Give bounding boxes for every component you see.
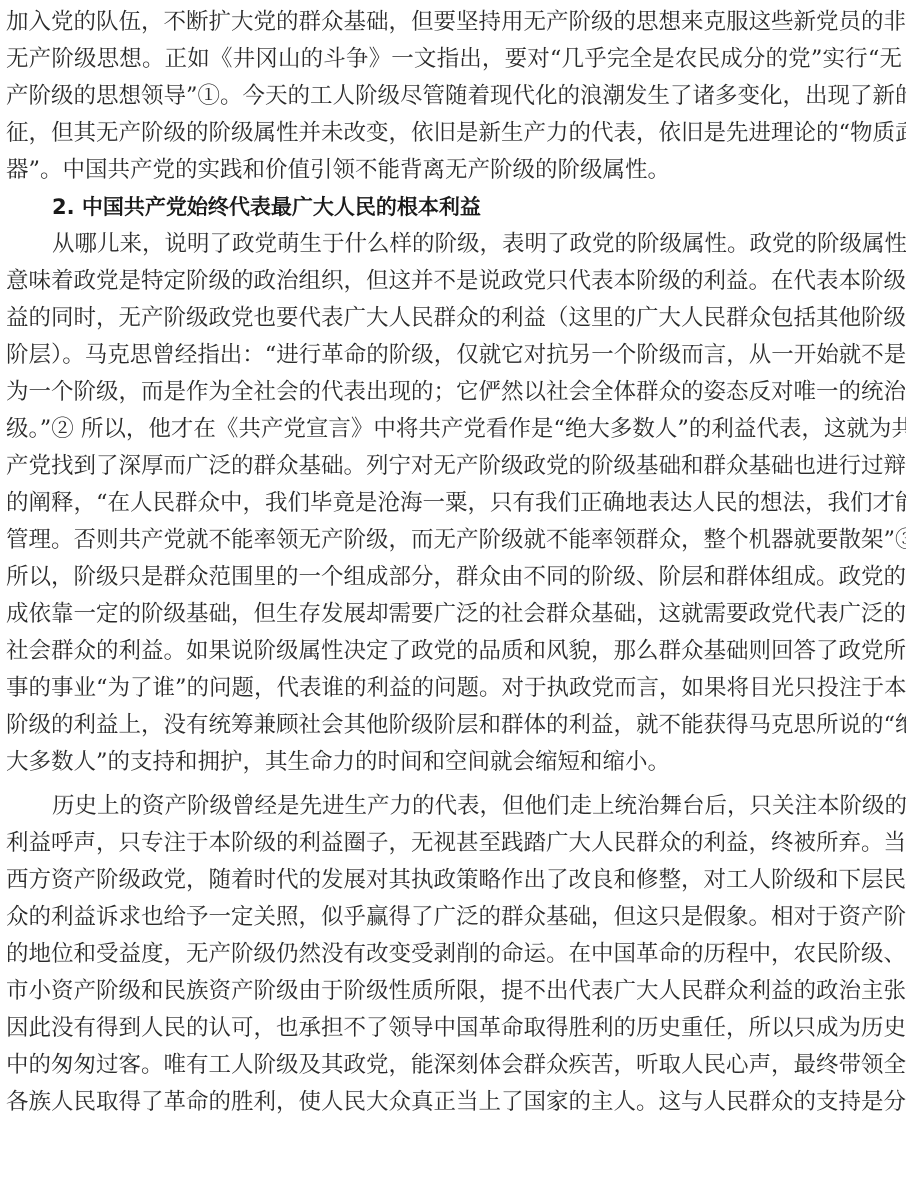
text-line: 市小资产阶级和民族资产阶级由于阶级性质所限，提不出代表广大人民群众利益的政治主张… bbox=[6, 973, 902, 1010]
text-line: 产党找到了深厚而广泛的群众基础。列宁对无产阶级政党的阶级基础和群众基础也进行过辩… bbox=[6, 448, 902, 485]
text-line: 从哪儿来，说明了政党萌生于什么样的阶级，表明了政党的阶级属性。政党的阶级属性 bbox=[52, 226, 902, 263]
section-heading: 2. 中国共产党始终代表最广大人民的根本利益 bbox=[52, 189, 481, 226]
text-line: 成依靠一定的阶级基础，但生存发展却需要广泛的社会群众基础，这就需要政党代表广泛的 bbox=[6, 596, 902, 633]
text-line: 社会群众的利益。如果说阶级属性决定了政党的品质和风貌，那么群众基础则回答了政党所… bbox=[6, 633, 902, 670]
text-line: 阶层）。马克思曾经指出：“进行革命的阶级，仅就它对抗另一个阶级而言，从一开始就不… bbox=[6, 337, 902, 374]
text-line: 级。”② 所以，他才在《共产党宣言》中将共产党看作是“绝大多数人”的利益代表，这… bbox=[6, 411, 902, 448]
text-line: 为一个阶级，而是作为全社会的代表出现的；它俨然以社会全体群众的姿态反对唯一的统治… bbox=[6, 374, 902, 411]
text-line: 历史上的资产阶级曾经是先进生产力的代表，但他们走上统治舞台后，只关注本阶级的 bbox=[52, 788, 902, 825]
text-line: 益的同时，无产阶级政党也要代表广大人民群众的利益（这里的广大人民群众包括其他阶级… bbox=[6, 300, 902, 337]
text-line: 管理。否则共产党就不能率领无产阶级，而无产阶级就不能率领群众，整个机器就要散架”… bbox=[6, 522, 902, 559]
text-line: 因此没有得到人民的认可，也承担不了领导中国革命取得胜利的历史重任，所以只成为历史 bbox=[6, 1010, 902, 1047]
text-line: 利益呼声，只专注于本阶级的利益圈子，无视甚至践踏广大人民群众的利益，终被所弃。当… bbox=[6, 825, 902, 862]
text-line: 无产阶级思想。正如《井冈山的斗争》一文指出，要对“几乎完全是农民成分的党”实行“… bbox=[6, 41, 902, 78]
text-line: 征，但其无产阶级的阶级属性并未改变，依旧是新生产力的代表，依旧是先进理论的“物质… bbox=[6, 115, 902, 152]
text-line: 众的利益诉求也给予一定关照，似乎赢得了广泛的群众基础，但这只是假象。相对于资产阶… bbox=[6, 899, 902, 936]
text-line: 各族人民取得了革命的胜利，使人民大众真正当上了国家的主人。这与人民群众的支持是分… bbox=[6, 1084, 902, 1121]
text-line: 西方资产阶级政党，随着时代的发展对其执政策略作出了改良和修整，对工人阶级和下层民 bbox=[6, 862, 902, 899]
text-line: 的阐释，“在人民群众中，我们毕竟是沧海一粟，只有我们正确地表达人民的想法，我们才… bbox=[6, 485, 902, 522]
text-line: 阶级的利益上，没有统筹兼顾社会其他阶级阶层和群体的利益，就不能获得马克思所说的“… bbox=[6, 707, 902, 744]
text-line: 产阶级的思想领导”①。今天的工人阶级尽管随着现代化的浪潮发生了诸多变化，出现了新… bbox=[6, 78, 902, 115]
text-line: 大多数人”的支持和拥护，其生命力的时间和空间就会缩短和缩小。 bbox=[6, 744, 902, 781]
text-line: 器”。中国共产党的实践和价值引领不能背离无产阶级的阶级属性。 bbox=[6, 152, 902, 189]
text-line: 加入党的队伍，不断扩大党的群众基础，但要坚持用无产阶级的思想来克服这些新党员的非 bbox=[6, 4, 902, 41]
text-line: 意味着政党是特定阶级的政治组织，但这并不是说政党只代表本阶级的利益。在代表本阶级… bbox=[6, 263, 902, 300]
text-line: 的地位和受益度，无产阶级仍然没有改变受剥削的命运。在中国革命的历程中，农民阶级、… bbox=[6, 936, 902, 973]
text-line: 所以，阶级只是群众范围里的一个组成部分，群众由不同的阶级、阶层和群体组成。政党的… bbox=[6, 559, 902, 596]
text-line: 事的事业“为了谁”的问题，代表谁的利益的问题。对于执政党而言，如果将目光只投注于… bbox=[6, 670, 902, 707]
text-line: 中的匆匆过客。唯有工人阶级及其政党，能深刻体会群众疾苦，听取人民心声，最终带领全… bbox=[6, 1047, 902, 1084]
